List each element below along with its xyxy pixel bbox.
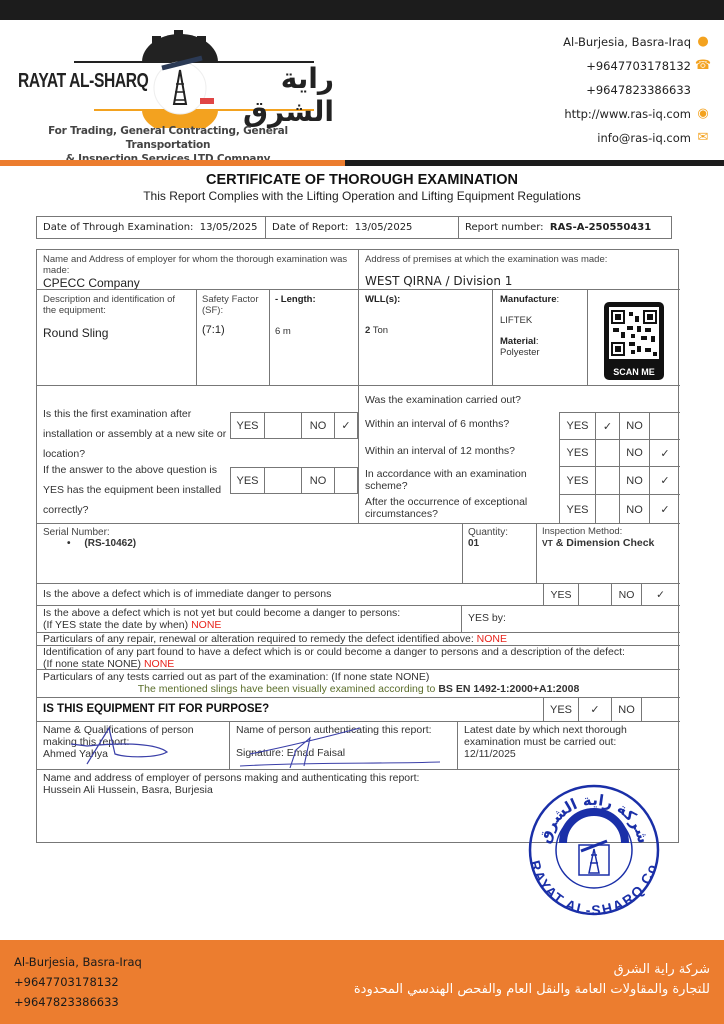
interval-12-question: Within an interval of 12 months? bbox=[365, 444, 555, 458]
description-label: Description and identification of the eq… bbox=[43, 294, 190, 316]
scheme-no-box[interactable]: ✓ bbox=[650, 467, 680, 494]
exceptional-no-box[interactable]: ✓ bbox=[650, 495, 680, 524]
tests-label: Particulars of any tests carried out as … bbox=[43, 671, 674, 683]
immediate-danger-row: Is the above a defect which is of immedi… bbox=[37, 584, 680, 606]
installed-yes-box[interactable] bbox=[265, 468, 302, 493]
installed-no-box[interactable] bbox=[335, 468, 357, 493]
envelope-icon: ✉ bbox=[696, 131, 710, 145]
no-label: NO bbox=[302, 413, 335, 438]
immediate-no-box[interactable]: ✓ bbox=[642, 584, 679, 605]
next-exam-cell: Latest date by which next thorough exami… bbox=[458, 722, 680, 770]
no-label: NO bbox=[620, 495, 650, 524]
future-danger-question: Is the above a defect which is not yet b… bbox=[43, 607, 455, 619]
footer-phone-2: +9647823386633 bbox=[14, 992, 142, 1012]
bullet-icon: • bbox=[67, 538, 84, 549]
email-link[interactable]: info@ras-iq.com bbox=[597, 128, 691, 148]
wll-label: WLL(s): bbox=[365, 294, 486, 305]
manufacture-value: LIFTEK bbox=[500, 315, 580, 326]
report-number-label: Report number: bbox=[465, 222, 544, 233]
first-exam-yes-no: YES NO ✓ bbox=[230, 412, 358, 439]
manufacture-label: Manufacture bbox=[500, 294, 556, 305]
footer: Al-Burjesia, Basra-Iraq +9647703178132 +… bbox=[0, 940, 724, 1024]
no-label: NO bbox=[620, 440, 650, 466]
qr-code-icon bbox=[609, 307, 659, 359]
carried-out-grid: YES ✓ NO YES NO ✓ YES NO ✓ YES NO bbox=[559, 412, 680, 524]
interval-12-no-box[interactable]: ✓ bbox=[650, 440, 680, 466]
company-logo: RAYAT AL-SHARQ راية الشرق bbox=[14, 28, 334, 128]
tagline-line-1: For Trading, General Contracting, Genera… bbox=[18, 124, 318, 152]
interval-6-no-box[interactable] bbox=[650, 413, 680, 439]
carried-out-cell: Was the examination carried out? Within … bbox=[359, 386, 680, 524]
tests-standard: BS EN 1492-1:2000+A1:2008 bbox=[438, 683, 579, 695]
installed-correctly-question: If the answer to the above question is Y… bbox=[43, 460, 228, 520]
interval-6-question: Within an interval of 6 months? bbox=[365, 417, 555, 431]
safety-factor-label: Safety Factor (SF): bbox=[202, 294, 264, 316]
exam-scheme-question: In accordance with an examination scheme… bbox=[365, 468, 555, 492]
yes-label: YES bbox=[231, 413, 265, 438]
employer-cell: Name and Address of employer for whom th… bbox=[37, 250, 359, 290]
defective-part-row: Identification of any part found to have… bbox=[37, 646, 680, 670]
description-value: Round Sling bbox=[43, 326, 190, 340]
footer-contact: Al-Burjesia, Basra-Iraq +9647703178132 +… bbox=[14, 952, 142, 1012]
examination-form: Name and Address of employer for whom th… bbox=[36, 249, 679, 843]
defective-part-hint: (If none state NONE) bbox=[43, 658, 141, 670]
quantity-cell: Quantity: 01 bbox=[463, 524, 537, 584]
signature-mark-icon bbox=[230, 724, 458, 770]
scheme-yes-box[interactable] bbox=[596, 467, 620, 494]
wll-value: 2 bbox=[365, 325, 370, 336]
yes-label: YES bbox=[560, 440, 596, 466]
document-title: CERTIFICATE OF THOROUGH EXAMINATION bbox=[0, 172, 724, 188]
inspection-method-value: & Dimension Check bbox=[553, 537, 655, 549]
scan-me-label: SCAN ME bbox=[604, 367, 664, 377]
length-label: - Length: bbox=[275, 294, 353, 305]
company-name-ar: راية الشرق bbox=[204, 62, 334, 128]
manufacture-cell: Manufacture: LIFTEK Material: Polyester bbox=[493, 290, 588, 386]
repair-value: NONE bbox=[477, 633, 507, 645]
header-divider bbox=[0, 160, 724, 166]
interval-6-yes-box[interactable]: ✓ bbox=[596, 413, 620, 439]
future-danger-hint: (If YES state the date by when) bbox=[43, 619, 188, 631]
yes-label: YES bbox=[231, 468, 265, 493]
footer-arabic-description: للتجارة والمقاولات العامة والنقل العام و… bbox=[354, 980, 710, 1000]
top-bar bbox=[0, 0, 724, 20]
premises-label: Address of premises at which the examina… bbox=[365, 254, 674, 265]
report-number-value: RAS-A-250550431 bbox=[550, 222, 651, 233]
first-exam-yes-box[interactable] bbox=[265, 413, 302, 438]
defective-part-value: NONE bbox=[144, 658, 174, 670]
yes-by-label: YES by: bbox=[468, 612, 506, 624]
fit-yes-no: YES ✓ NO bbox=[543, 698, 679, 721]
quantity-label: Quantity: bbox=[468, 527, 531, 538]
yes-label: YES bbox=[560, 495, 596, 524]
future-danger-cell: Is the above a defect which is not yet b… bbox=[37, 606, 462, 633]
signature-mark-icon bbox=[67, 724, 177, 768]
yes-label: YES bbox=[543, 584, 579, 605]
exceptional-question: After the occurrence of exceptional circ… bbox=[365, 496, 555, 520]
contact-block: Al-Burjesia, Basra-Iraq● +9647703178132☎… bbox=[563, 30, 710, 150]
phone-1-text: +9647703178132 bbox=[586, 56, 691, 76]
no-label: NO bbox=[620, 467, 650, 494]
length-cell: - Length: 6 m bbox=[270, 290, 359, 386]
serial-cell: Serial Number: • (RS-10462) bbox=[37, 524, 463, 584]
footer-address: Al-Burjesia, Basra-Iraq bbox=[14, 952, 142, 972]
installed-correctly-yes-no: YES NO bbox=[230, 467, 358, 494]
employer-value: CPECC Company bbox=[43, 276, 352, 290]
document-subtitle: This Report Complies with the Lifting Op… bbox=[0, 189, 724, 203]
exam-date-label: Date of Through Examination: bbox=[43, 222, 193, 233]
svg-text:شركة راية الشرق: شركة راية الشرق bbox=[535, 791, 652, 846]
inspection-method-label: Inspection Method: bbox=[542, 526, 675, 537]
first-exam-cell: Is this the first examination after inst… bbox=[37, 386, 359, 524]
exceptional-yes-box[interactable] bbox=[596, 495, 620, 524]
fit-yes-box[interactable]: ✓ bbox=[579, 698, 612, 721]
inspection-method-vt: VT bbox=[542, 538, 553, 548]
wll-unit: Ton bbox=[373, 325, 388, 336]
safety-factor-cell: Safety Factor (SF): (7:1) bbox=[197, 290, 270, 386]
location-pin-icon: ● bbox=[696, 35, 710, 49]
globe-icon: ◉ bbox=[696, 107, 710, 121]
description-cell: Description and identification of the eq… bbox=[37, 290, 197, 386]
no-label: NO bbox=[612, 584, 642, 605]
exam-date-cell: Date of Through Examination: 13/05/2025 bbox=[37, 217, 266, 238]
telephone-icon: ☎ bbox=[696, 59, 710, 73]
first-exam-question: Is this the first examination after inst… bbox=[43, 404, 228, 464]
footer-phone-1: +9647703178132 bbox=[14, 972, 142, 992]
yes-label: YES bbox=[560, 467, 596, 494]
repair-label: Particulars of any repair, renewal or al… bbox=[43, 633, 474, 645]
safety-factor-value: (7:1) bbox=[202, 324, 264, 336]
immediate-yes-box[interactable] bbox=[579, 584, 612, 605]
quantity-value: 01 bbox=[468, 538, 531, 549]
premises-cell: Address of premises at which the examina… bbox=[359, 250, 680, 290]
fit-for-purpose-question: IS THIS EQUIPMENT FIT FOR PURPOSE? bbox=[43, 703, 269, 715]
footer-arabic: شركة راية الشرق للتجارة والمقاولات العام… bbox=[354, 960, 710, 1000]
website-link[interactable]: http://www.ras-iq.com bbox=[564, 104, 691, 124]
fit-no-box[interactable] bbox=[642, 698, 679, 721]
footer-arabic-name: شركة راية الشرق bbox=[354, 960, 710, 980]
yes-by-cell: YES by: bbox=[462, 606, 680, 633]
first-exam-no-box[interactable]: ✓ bbox=[335, 413, 357, 438]
company-stamp-icon: شركة راية الشرق RAYAT AL-SHARQ Co. bbox=[527, 783, 661, 917]
phone-2-text: +9647823386633 bbox=[586, 80, 691, 100]
report-date-label: Date of Report: bbox=[272, 222, 348, 233]
defective-part-label: Identification of any part found to have… bbox=[43, 646, 674, 658]
material-value: Polyester bbox=[500, 347, 580, 358]
carried-out-heading: Was the examination carried out? bbox=[365, 390, 521, 410]
immediate-danger-question: Is the above a defect which is of immedi… bbox=[43, 588, 331, 600]
yes-label: YES bbox=[560, 413, 596, 439]
serial-value: (RS-10462) bbox=[84, 538, 136, 549]
report-maker-cell: Name & Qualifications of person making t… bbox=[37, 722, 230, 770]
next-exam-label: Latest date by which next thorough exami… bbox=[464, 724, 674, 748]
qr-code[interactable]: SCAN ME bbox=[604, 302, 664, 380]
immediate-danger-yes-no: YES NO ✓ bbox=[543, 584, 679, 605]
no-label: NO bbox=[302, 468, 335, 493]
report-date-cell: Date of Report: 13/05/2025 bbox=[266, 217, 459, 238]
future-danger-value: NONE bbox=[191, 619, 221, 631]
premises-value: WEST QIRNA / Division 1 bbox=[365, 274, 674, 288]
wll-cell: WLL(s): 2 Ton bbox=[359, 290, 493, 386]
serial-label: Serial Number: bbox=[43, 527, 456, 538]
next-exam-date: 12/11/2025 bbox=[464, 748, 674, 760]
tests-value: The mentioned slings have been visually … bbox=[138, 683, 436, 695]
inspection-method-cell: Inspection Method: VT & Dimension Check bbox=[537, 524, 680, 584]
report-number-cell: Report number: RAS-A-250550431 bbox=[459, 217, 671, 238]
interval-12-yes-box[interactable] bbox=[596, 440, 620, 466]
letterhead: RAYAT AL-SHARQ راية الشرق For Trading, G… bbox=[0, 20, 724, 160]
date-bar: Date of Through Examination: 13/05/2025 … bbox=[36, 216, 672, 239]
employer-label: Name and Address of employer for whom th… bbox=[43, 254, 352, 276]
company-name-en: RAYAT AL-SHARQ bbox=[18, 70, 148, 93]
material-label: Material bbox=[500, 336, 536, 347]
yes-label: YES bbox=[543, 698, 579, 721]
header-divider-accent bbox=[0, 160, 345, 166]
address-text: Al-Burjesia, Basra-Iraq bbox=[563, 32, 691, 52]
authenticator-cell: Name of person authenticating this repor… bbox=[230, 722, 458, 770]
tests-row: Particulars of any tests carried out as … bbox=[37, 670, 680, 698]
repair-row: Particulars of any repair, renewal or al… bbox=[37, 633, 680, 646]
report-date-value: 13/05/2025 bbox=[355, 222, 413, 233]
no-label: NO bbox=[612, 698, 642, 721]
fit-for-purpose-row: IS THIS EQUIPMENT FIT FOR PURPOSE? YES ✓… bbox=[37, 698, 680, 722]
no-label: NO bbox=[620, 413, 650, 439]
length-value: 6 m bbox=[275, 326, 353, 337]
exam-date-value: 13/05/2025 bbox=[200, 222, 258, 233]
